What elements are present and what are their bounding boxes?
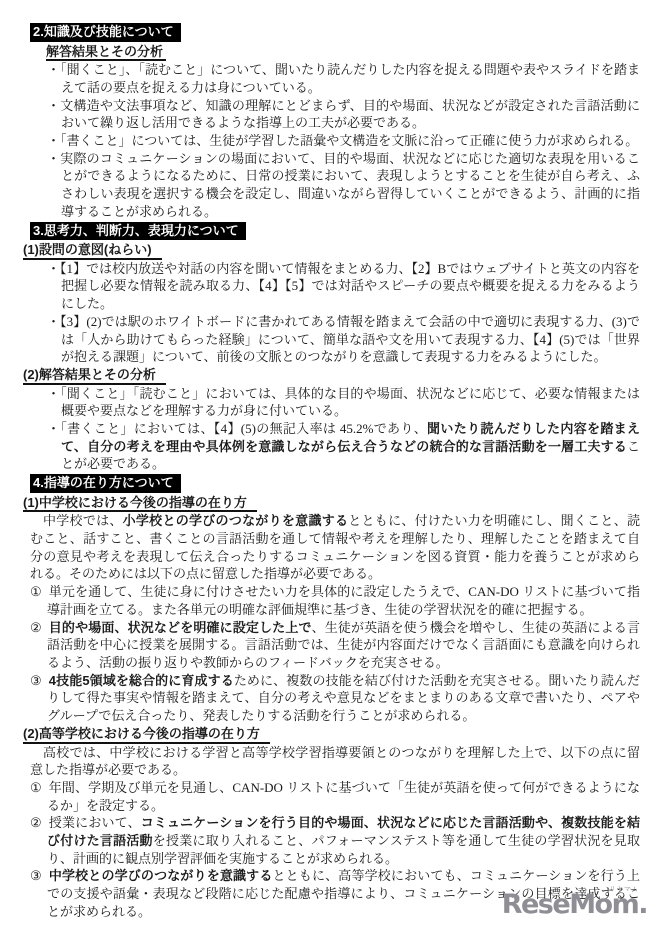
bullet-item: ・「聞くこと」、「読むこと」について、聞いたり読んだりした内容を捉える問題や表や… [47,61,640,96]
question-intent-subheading-text: (1)設問の意図(ねらい) [23,242,162,260]
bullet-item: ・「聞くこと」「読むこと」においては、具体的な目的や場面、状況などに応じて、必要… [47,385,640,420]
section-2-subheading: 解答結果とその分析 [46,43,640,62]
section-4-header-row: 4.指導の在り方について [30,473,640,494]
section-thinking-judgment-expression: 3.思考力、判断力、表現力について (1)設問の意図(ねらい) ・【1】では校内… [30,221,640,474]
bullet-item: ・【3】(2)では駅のホワイトボードに書かれてある情報を踏まえて会話の中で適切に… [47,313,640,366]
item-text: 単元を通して、生徒に身に付けさせたい力を具体的に設定したうえで、CAN-DO リ… [47,584,640,617]
bullet-text: 「聞くこと」「読むこと」においては、具体的な目的や場面、状況などに応じて、必要な… [60,386,640,419]
bullet-marker: ・ [47,151,60,166]
section-4-header-bar: 4.指導の在り方について [30,474,181,493]
bullet-marker: ・ [47,98,60,113]
bullet-item: ・「書くこと」においては、【4】(5)の無記入率は 45.2%であり、聞いたり読… [47,420,640,473]
item-text-emphasis: 4技能5領域を総合的に育成する [49,673,234,688]
analysis-subheading-text: 解答結果とその分析 [46,44,166,62]
bullet-text: 「聞くこと」、「読むこと」について、聞いたり読んだりした内容を捉える問題や表やス… [60,62,640,95]
item-text-emphasis: 中学校との学びのつながりを意識する [49,868,273,883]
bullet-item: ・文構造や文法事項など、知識の理解にとどまらず、目的や場面、状況などが設定された… [47,97,640,132]
bullet-marker: ・ [47,261,60,276]
section-2-header-row: 2.知識及び技能について [30,22,640,43]
high-school-paragraph: 高校では、中学校における学習と高等学校学習指導要領とのつながりを理解した上で、以… [30,744,640,779]
logo-ruby-text: リセマム [609,886,639,893]
resemom-logo: リセマム ReseMom. [502,891,647,918]
bullet-text: 【3】(2)では駅のホワイトボードに書かれてある情報を踏まえて会話の中で適切に表… [60,314,640,364]
item-number: ② [30,815,42,830]
numbered-item-2: ②目的や場面、状況などを明確に設定した上で、生徒が英語を使う機会を増やし、生徒の… [30,619,640,672]
item-number: ③ [30,673,42,688]
answer-analysis-subheading-text: (2)解答結果とその分析 [23,367,166,385]
bullet-marker: ・ [47,421,60,436]
section-2-header-bar: 2.知識及び技能について [30,23,181,42]
paragraph-text: 高校では、中学校における学習と高等学校学習指導要領とのつながりを理解した上で、以… [30,745,640,778]
item-text: 年間、学期及び単元を見通し、CAN-DO リストに基づいて「生徒が英語を使って何… [47,780,640,813]
junior-high-guidance-subheading: (1)中学校における今後の指導の在り方 [23,494,640,513]
resemom-logo-inner: リセマム ReseMom. [502,891,647,918]
bullet-item: ・【1】では校内放送や対話の内容を聞いて情報をまとめる力、【2】Bではウェブサイ… [47,260,640,313]
item-number: ③ [30,868,42,883]
answer-analysis-subheading: (2)解答結果とその分析 [23,366,640,385]
high-school-guidance-subheading: (2)高等学校における今後の指導の在り方 [23,725,640,744]
bullet-text: 実際のコミュニケーションの場面において、目的や場面、状況などに応じた適切な表現を… [60,151,640,219]
item-number: ① [30,584,42,599]
bullet-marker: ・ [47,314,60,329]
numbered-item-3: ③4技能5領域を総合的に育成するために、複数の技能を結び付けた活動を充実させる。… [30,672,640,725]
logo-text: ReseMom. [502,889,647,920]
numbered-item-2: ②授業において、コミュニケーションを行う目的や場面、状況などに応じた言語活動や、… [30,814,640,867]
section-teaching-approach: 4.指導の在り方について (1)中学校における今後の指導の在り方 中学校では、小… [30,473,640,920]
section-3-header-bar: 3.思考力、判断力、表現力について [30,222,246,241]
junior-high-guidance-subheading-text: (1)中学校における今後の指導の在り方 [23,495,257,513]
document-page: 2.知識及び技能について 解答結果とその分析 ・「聞くこと」、「読むこと」につい… [0,0,659,926]
question-intent-subheading: (1)設問の意図(ねらい) [23,241,640,260]
paragraph-text-emphasis: 小学校との学びのつながりを意識する [123,513,349,528]
bullet-item: ・「書くこと」については、生徒が学習した語彙や文構造を文脈に沿って正確に使う力が… [47,132,640,150]
numbered-item-1: ①単元を通して、生徒に身に付けさせたい力を具体的に設定したうえで、CAN-DO … [30,583,640,618]
bullet-marker: ・ [47,386,60,401]
junior-high-paragraph: 中学校では、小学校との学びのつながりを意識するとともに、付けたい力を明確にし、聞… [30,512,640,583]
bullet-text: 【1】では校内放送や対話の内容を聞いて情報をまとめる力、【2】Bではウェブサイト… [60,261,640,311]
item-number: ② [30,620,42,635]
bullet-text: 「書くこと」においては、【4】(5)の無記入率は 45.2%であり、 [60,421,427,436]
high-school-guidance-subheading-text: (2)高等学校における今後の指導の在り方 [23,726,270,744]
bullet-text: 「書くこと」については、生徒が学習した語彙や文構造を文脈に沿って正確に使う力が求… [60,133,638,148]
bullet-item: ・実際のコミュニケーションの場面において、目的や場面、状況などに応じた適切な表現… [47,150,640,221]
item-text: 授業において、 [49,815,141,830]
section-knowledge-and-skills: 2.知識及び技能について 解答結果とその分析 ・「聞くこと」、「読むこと」につい… [30,22,640,221]
bullet-text: 文構造や文法事項など、知識の理解にとどまらず、目的や場面、状況などが設定された言… [60,98,640,131]
item-number: ① [30,780,42,795]
item-text-emphasis: 目的や場面、状況などを明確に設定した上で [49,620,312,635]
numbered-item-1: ①年間、学期及び単元を見通し、CAN-DO リストに基づいて「生徒が英語を使って… [30,779,640,814]
paragraph-text: 中学校では、 [43,513,123,528]
bullet-marker: ・ [47,133,60,148]
section-3-header-row: 3.思考力、判断力、表現力について [30,221,640,242]
bullet-marker: ・ [47,62,60,77]
